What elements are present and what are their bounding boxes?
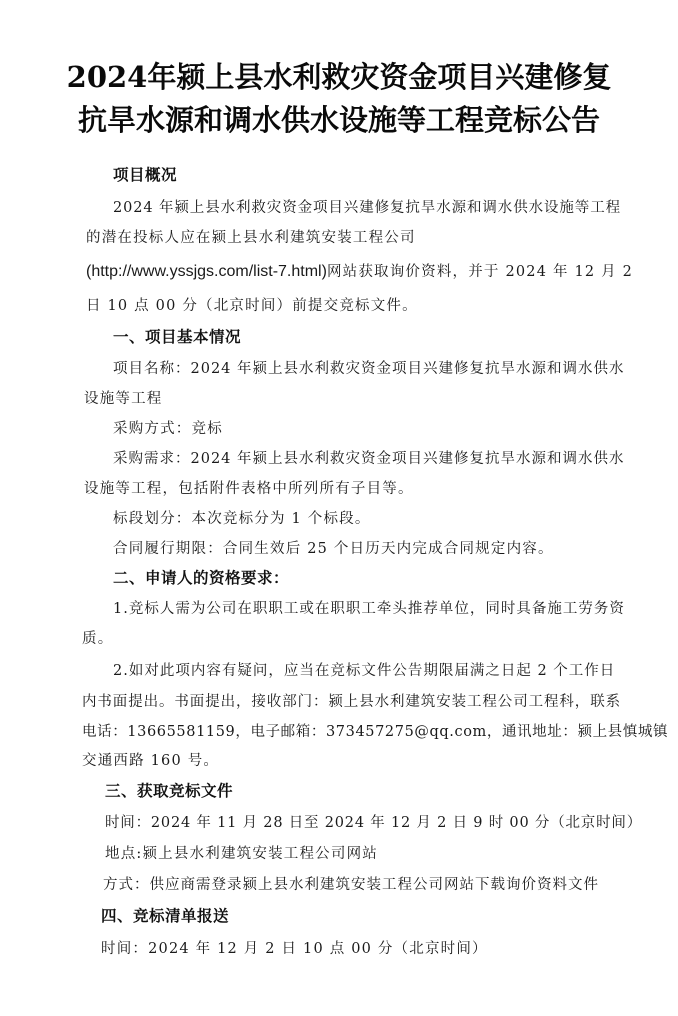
document-title-line1: 2024年颍上县水利救灾资金项目兴建修复 xyxy=(0,55,678,96)
overview-line4: 日 10 点 00 分（北京时间）前提交竞标文件。 xyxy=(86,294,418,315)
acquisition-time: 时间：2024 年 11 月 28 日至 2024 年 12 月 2 日 9 时… xyxy=(105,811,642,832)
acquisition-method: 方式：供应商需登录颍上县水利建筑安装工程公司网站下载询价资料文件 xyxy=(103,873,599,894)
overview-heading: 项目概况 xyxy=(113,163,177,185)
qualification-item2-line1: 2.如对此项内容有疑问，应当在竞标文件公告期限届满之日起 2 个工作日 xyxy=(113,659,615,680)
overview-line1: 2024 年颍上县水利救灾资金项目兴建修复抗旱水源和调水供水设施等工程 xyxy=(113,196,621,217)
overview-line3-rest: 网站获取询价资料，并于 2024 年 12 月 2 xyxy=(327,264,633,280)
qualification-item2-line2: 内书面提出。书面提出，接收部门：颍上县水利建筑安装工程公司工程科，联系 xyxy=(82,690,621,711)
contract-period: 合同履行期限：合同生效后 25 个日历天内完成合同规定内容。 xyxy=(113,537,554,558)
document-title-line2: 抗旱水源和调水供水设施等工程竞标公告 xyxy=(0,98,678,139)
requirement-line2: 设施等工程，包括附件表格中所列所有子目等。 xyxy=(84,477,414,498)
overview-line3: (http://www.yssjgs.com/list-7.html)网站获取询… xyxy=(86,260,633,281)
procurement-method: 采购方式：竞标 xyxy=(113,417,223,438)
project-website-link[interactable]: (http://www.yssjgs.com/list-7.html) xyxy=(86,263,327,280)
project-name-line2: 设施等工程 xyxy=(84,387,163,408)
requirement-line1: 采购需求：2024 年颍上县水利救灾资金项目兴建修复抗旱水源和调水供水 xyxy=(113,447,625,468)
qualification-item2-line4: 交通西路 160 号。 xyxy=(82,749,219,770)
contact-info-line: 电话：13665581159，电子邮箱：373457275@qq.com，通讯地… xyxy=(82,720,668,741)
section4-heading: 四、竞标清单报送 xyxy=(101,904,229,926)
lot-division: 标段划分：本次竞标分为 1 个标段。 xyxy=(113,507,371,528)
qualification-item1-line1: 1.竞标人需为公司在职职工或在职职工牵头推荐单位，同时具备施工劳务资 xyxy=(113,597,625,618)
acquisition-place: 地点:颍上县水利建筑安装工程公司网站 xyxy=(105,842,378,863)
submission-time: 时间：2024 年 12 月 2 日 10 点 00 分（北京时间） xyxy=(101,937,488,958)
section2-heading: 二、申请人的资格要求： xyxy=(113,566,289,588)
project-name-line1: 项目名称：2024 年颍上县水利救灾资金项目兴建修复抗旱水源和调水供水 xyxy=(113,357,625,378)
section1-heading: 一、项目基本情况 xyxy=(113,325,241,347)
qualification-item1-line2: 质。 xyxy=(82,627,113,648)
overview-line2: 的潜在投标人应在颍上县水利建筑安装工程公司 xyxy=(86,226,416,247)
section3-heading: 三、获取竞标文件 xyxy=(105,779,233,801)
